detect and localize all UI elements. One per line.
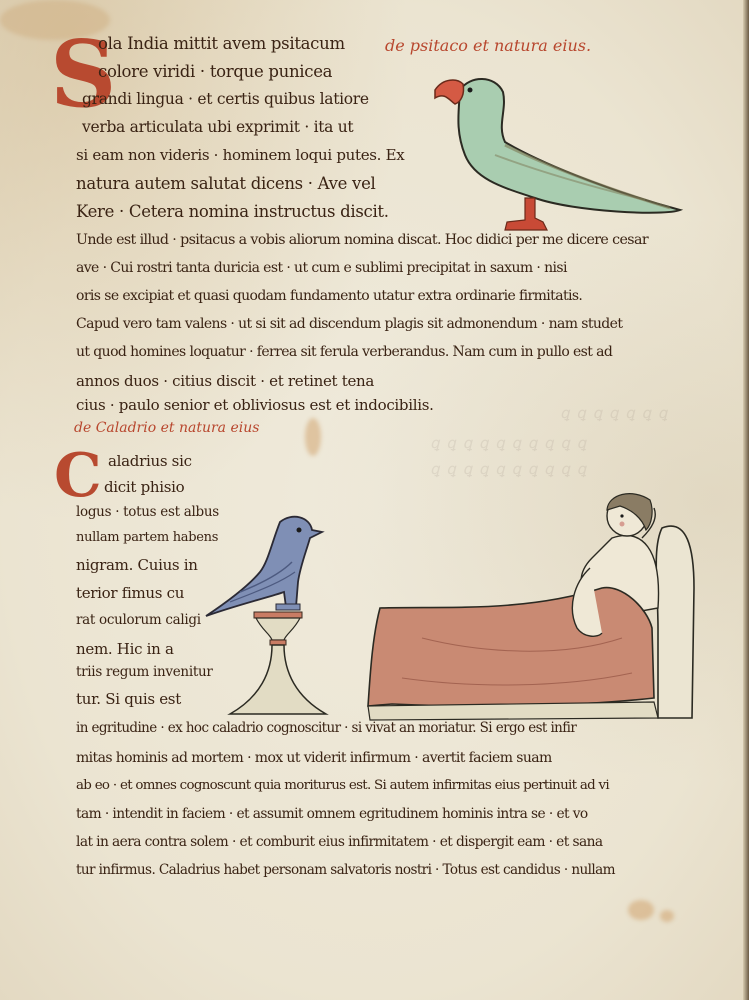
- text-line: dicit phisio: [104, 478, 184, 496]
- binding-edge: [743, 0, 749, 1000]
- parrot-illustration: [425, 70, 685, 235]
- text-line: tur infirmus. Caladrius habet personam s…: [76, 862, 615, 878]
- rubric-caladrius: de Caladrio et natura eius: [74, 420, 259, 436]
- text-line: Kere · Cetera nomina instructus discit.: [76, 202, 389, 221]
- text-line: grandi lingua · et certis quibus latiore: [82, 90, 369, 108]
- sick-man-in-bed-illustration: [362, 488, 702, 724]
- text-line: mitas hominis ad mortem · mox ut viderit…: [76, 750, 552, 766]
- text-line: aladrius sic: [108, 452, 192, 470]
- text-line: colore viridi · torque punicea: [98, 62, 332, 81]
- text-line: ab eo · et omnes cognoscunt quia moritur…: [76, 778, 609, 793]
- text-line: tur. Si quis est: [76, 690, 181, 708]
- stain: [660, 910, 674, 922]
- text-line: rat oculorum caligi: [76, 612, 201, 628]
- text-line: logus · totus est albus: [76, 504, 219, 520]
- text-line: tam · intendit in faciem · et assumit om…: [76, 806, 588, 822]
- text-line: natura autem salutat dicens · Ave vel: [76, 174, 376, 193]
- stain: [305, 418, 321, 456]
- manuscript-page: ꝗ ꝗ ꝗ ꝗ ꝗ ꝗ ꝗ ꝗ ꝗ ꝗ ꝗ ꝗ ꝗ ꝗ ꝗ ꝗ ꝗ ꝗ ꝗ ꝗ …: [0, 0, 749, 1000]
- show-through-text: ꝗ ꝗ ꝗ ꝗ ꝗ ꝗ ꝗ: [560, 400, 668, 426]
- text-line: si eam non videris · hominem loqui putes…: [76, 146, 404, 164]
- text-line: nem. Hic in a: [76, 640, 174, 658]
- initial-c: C: [54, 446, 102, 506]
- text-line: cius · paulo senior et obliviosus est et…: [76, 396, 434, 414]
- text-line: lat in aera contra solem · et comburit e…: [76, 834, 602, 850]
- text-line: triis regum invenitur: [76, 664, 213, 680]
- text-line: ola India mittit avem psitacum: [98, 34, 345, 53]
- text-line: oris se excipiat et quasi quodam fundame…: [76, 288, 582, 304]
- caladrius-on-stand-illustration: [200, 512, 330, 722]
- show-through-text: ꝗ ꝗ ꝗ ꝗ ꝗ ꝗ ꝗ ꝗ ꝗ ꝗ: [430, 456, 587, 482]
- text-line: ut quod homines loquatur · ferrea sit fe…: [76, 344, 612, 360]
- text-line: ave · Cui rostri tanta duricia est · ut …: [76, 260, 567, 276]
- text-line: annos duos · citius discit · et retinet …: [76, 372, 374, 390]
- text-line: nullam partem habens: [76, 530, 218, 545]
- stain: [628, 900, 654, 920]
- text-line: Capud vero tam valens · ut si sit ad dis…: [76, 316, 622, 332]
- show-through-text: ꝗ ꝗ ꝗ ꝗ ꝗ ꝗ ꝗ ꝗ ꝗ ꝗ: [430, 430, 587, 456]
- text-line: nigram. Cuius in: [76, 556, 198, 574]
- rubric-parrot: de psitaco et natura eius.: [385, 36, 591, 55]
- text-line: verba articulata ubi exprimit · ita ut: [82, 118, 353, 136]
- text-line: terior fimus cu: [76, 584, 184, 602]
